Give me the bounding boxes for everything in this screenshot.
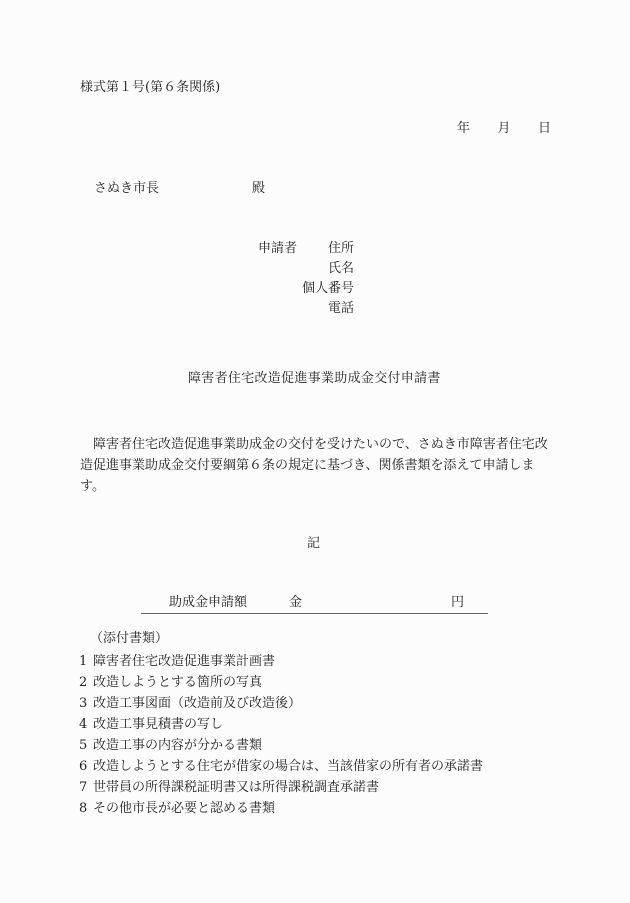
amount-prefix: 金 (289, 596, 302, 609)
ki-heading: 記 (307, 537, 320, 550)
year-label: 年 (457, 122, 470, 135)
list-item: 2改造しようとする箇所の写真 (79, 676, 483, 697)
attachments-heading: （添付書類） (90, 632, 168, 645)
list-item: 1障害者住宅改造促進事業計画書 (79, 655, 483, 676)
phone-field-label: 電話 (328, 302, 354, 315)
list-item: 6改造しようとする住宅が借家の場合は、当該借家の所有者の承諾書 (79, 760, 483, 781)
personal-number-field-label: 個人番号 (302, 282, 354, 295)
amount-label: 助成金申請額 (169, 596, 247, 609)
applicant-label: 申請者 (258, 242, 297, 255)
list-item: 4改造工事見積書の写し (79, 718, 483, 739)
list-item: 8その他市長が必要と認める書類 (79, 802, 483, 823)
attachments-list: 1障害者住宅改造促進事業計画書 2改造しようとする箇所の写真 3改造工事図面（改… (79, 655, 483, 823)
address-field-label: 住所 (328, 242, 354, 255)
date-row: 年 月 日 (457, 122, 551, 135)
list-item: 7世帯員の所得課税証明書又は所得課税調査承諾書 (79, 781, 483, 802)
applicant-block: 申請者 住所 氏名 個人番号 電話 (258, 242, 354, 322)
addressee-name: さぬき市長 (94, 182, 159, 195)
month-label: 月 (497, 122, 510, 135)
amount-row: 助成金申請額 金 円 (141, 596, 488, 614)
document-title: 障害者住宅改造促進事業助成金交付申請書 (188, 372, 441, 385)
name-field-label: 氏名 (328, 262, 354, 275)
list-item: 5改造工事の内容が分かる書類 (79, 739, 483, 760)
body-paragraph: 障害者住宅改造促進事業助成金の交付を受けたいので、さぬき市障害者住宅改造促進事業… (80, 434, 556, 497)
amount-unit: 円 (451, 596, 464, 609)
list-item: 3改造工事図面（改造前及び改造後） (79, 697, 483, 718)
form-number: 様式第１号(第６条関係) (80, 81, 220, 94)
day-label: 日 (538, 122, 551, 135)
addressee-honorific: 殿 (252, 182, 265, 195)
